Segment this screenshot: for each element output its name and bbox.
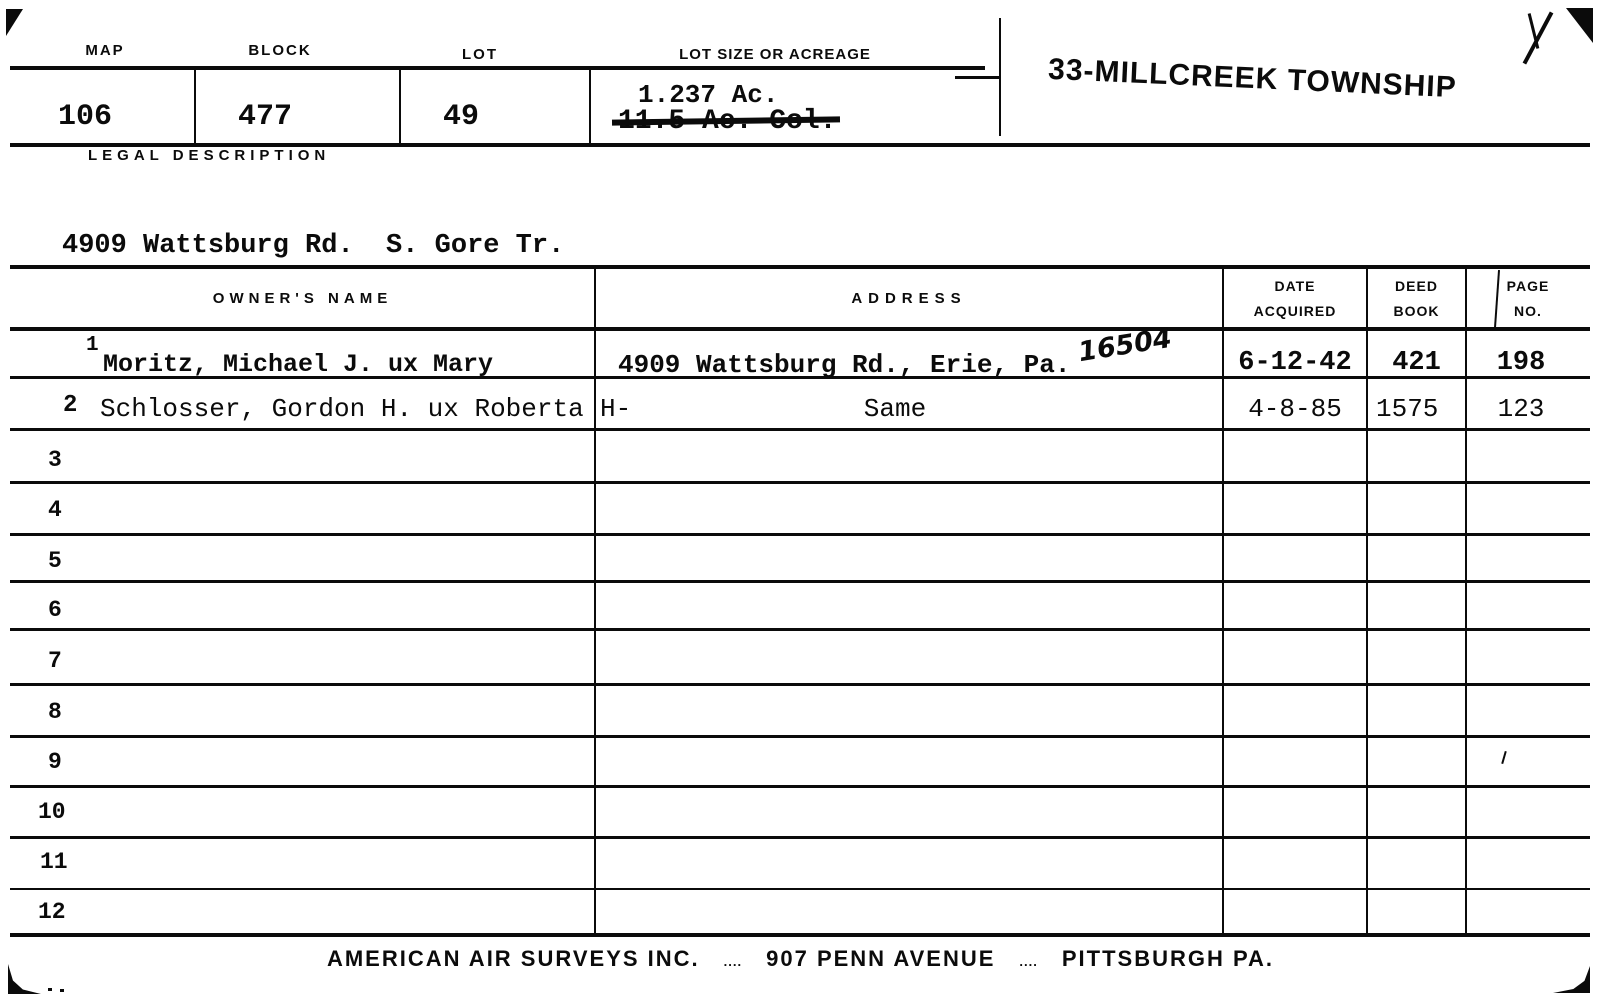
page-no-cell: 123 [1466, 394, 1576, 424]
rule-line [10, 683, 1590, 686]
rule-line [10, 628, 1590, 631]
row-number: 8 [48, 699, 62, 725]
column-header-address: ADDRESS [595, 290, 1223, 307]
footer-company: AMERICAN AIR SURVEYS INC. [327, 946, 700, 972]
scan-dot [60, 989, 64, 992]
handwritten-x-mark-icon [1523, 11, 1554, 64]
column-header-date-acquired-line2: ACQUIRED [1223, 303, 1367, 319]
row-number: 11 [40, 849, 68, 875]
row-number: 12 [38, 899, 66, 925]
rule-line [10, 265, 1590, 269]
scan-corner-mark-top-right-icon [1566, 8, 1593, 43]
row-number: 10 [38, 799, 66, 825]
map-value: 106 [58, 100, 112, 134]
footer-imprint: AMERICAN AIR SURVEYS INC. .... 907 PENN … [0, 946, 1601, 972]
rule-line [10, 888, 1590, 890]
column-header-owners-name: OWNER'S NAME [10, 290, 595, 307]
lot-size-label: LOT SIZE OR ACREAGE [630, 46, 920, 63]
footer-separator-dots: .... [1019, 954, 1037, 969]
row-number: 9 [48, 749, 62, 775]
rule-line [10, 836, 1590, 839]
row-number: 6 [48, 597, 62, 623]
deed-book-cell: 421 [1367, 348, 1466, 378]
lot-value: 49 [443, 100, 479, 134]
column-header-deed-book-line2: BOOK [1367, 303, 1466, 319]
map-label: MAP [55, 42, 155, 59]
lot-label: LOT [430, 46, 530, 63]
rule-line [10, 533, 1590, 536]
stray-scan-mark [1501, 751, 1507, 764]
rule-line [10, 327, 1590, 331]
property-record-card: MAP BLOCK LOT LOT SIZE OR ACREAGE 106 47… [0, 0, 1601, 1004]
rule-line [594, 265, 596, 937]
row-number: 2 [63, 392, 77, 419]
rule-line [10, 735, 1590, 738]
township-stamp: 33-MILLCREEK TOWNSHIP [1047, 53, 1457, 106]
rule-line [589, 70, 591, 143]
rule-line [10, 580, 1590, 583]
block-value: 477 [238, 100, 292, 134]
address-cell: Same [595, 394, 1195, 424]
rule-line [10, 66, 985, 70]
row-number: 3 [48, 447, 62, 473]
column-header-date-acquired: DATE [1223, 278, 1367, 294]
footer-street: 907 PENN AVENUE [766, 946, 995, 972]
page-no-cell: 198 [1466, 348, 1576, 378]
scan-dot [48, 988, 52, 991]
footer-separator-dots: .... [724, 954, 742, 969]
row-number: 4 [48, 497, 62, 523]
row-number: 5 [48, 548, 62, 574]
footer-city: PITTSBURGH PA. [1062, 946, 1274, 972]
rule-line [10, 785, 1590, 788]
block-label: BLOCK [215, 42, 345, 59]
rule-line [955, 76, 1001, 79]
owner-name-cell: Schlosser, Gordon H. ux Roberta [100, 394, 584, 424]
owner-name-cell: Moritz, Michael J. ux Mary [103, 350, 493, 379]
row-number: 1 [86, 334, 99, 357]
row-number: 7 [48, 648, 62, 674]
rule-line [10, 428, 1590, 431]
rule-line [194, 70, 196, 143]
legal-description-label: LEGAL DESCRIPTION [88, 147, 330, 164]
deed-book-cell: 1575 [1376, 394, 1438, 424]
date-acquired-cell: 6-12-42 [1223, 348, 1367, 378]
scan-corner-mark-top-left-icon [6, 9, 23, 36]
column-header-deed-book: DEED [1367, 278, 1466, 294]
rule-line [399, 70, 401, 143]
rule-line [10, 933, 1590, 937]
street-line: 4909 Wattsburg Rd. S. Gore Tr. [62, 231, 564, 261]
column-header-page-no-line2: NO. [1466, 303, 1590, 319]
date-acquired-cell: 4-8-85 [1223, 394, 1367, 424]
address-cell: 4909 Wattsburg Rd., Erie, Pa. [618, 350, 1070, 380]
rule-line [10, 481, 1590, 484]
column-header-page-no: PAGE [1466, 278, 1590, 294]
